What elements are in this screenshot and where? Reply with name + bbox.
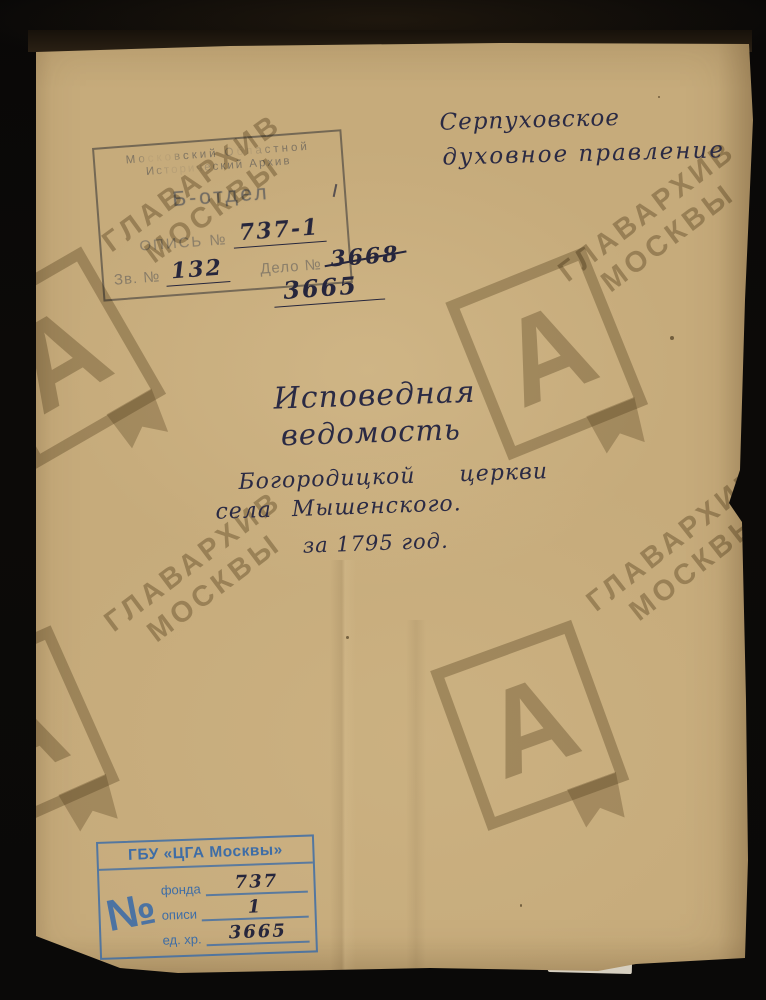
note-line2: духовное правление (442, 133, 725, 175)
word-gap (416, 481, 460, 483)
paper-crease (330, 560, 356, 990)
paper-speck (346, 636, 349, 639)
logo-letter-a: А (0, 660, 82, 807)
fond-label: фонда (161, 881, 201, 897)
glavarkhiv-logo-watermark: А (0, 625, 122, 844)
fond-value-handwritten: 737 (205, 872, 308, 897)
logo-ribbon-tail (567, 772, 632, 833)
logo-ribbon-tail (106, 388, 174, 454)
svyazka-value-handwritten: 132 (164, 254, 230, 287)
archive-stamp-tsga: ГБУ «ЦГА Москвы» № фонда 737 описи 1 ед.… (96, 834, 318, 960)
title-year: за 1795 год. (302, 525, 550, 558)
logo-frame: А (0, 625, 120, 841)
opis-label: описи (161, 907, 197, 923)
opis-value-handwritten: 737-1 (232, 214, 326, 249)
handwritten-title-block: Исповедная ведомость Богородицкойцеркви … (209, 372, 551, 561)
glavarkhiv-logo-watermark: А (430, 619, 632, 833)
logo-letter-a: А (467, 653, 592, 798)
document-cover: ГЛАВАРХИВ МОСКВЫ ГЛАВАРХИВ МОСКВЫ ГЛАВАР… (0, 0, 766, 1000)
watermark-line2: МОСКВЫ (595, 161, 763, 299)
edhr-label: ед. хр. (162, 931, 202, 947)
delo-old-value-struck: 3668 (326, 241, 405, 273)
logo-ribbon-tail (58, 774, 124, 837)
logo-letter-a: А (0, 283, 127, 433)
tsga-stamp-rows: фонда 737 описи 1 ед. хр. 3665 (160, 868, 309, 948)
watermark-line1: ГЛАВАРХИВ (581, 462, 766, 618)
title-village1: села (215, 498, 272, 525)
paper-speck (520, 904, 522, 907)
edhr-value-handwritten: 3665 (206, 922, 309, 947)
word-gap (272, 516, 292, 517)
title-village2: Мышенского. (291, 491, 462, 522)
glavarkhiv-watermark-text: ГЛАВАРХИВ МОСКВЫ (580, 461, 766, 646)
logo-frame: А (430, 620, 629, 831)
stamp-department: Б-отдел (97, 175, 344, 217)
svyazka-label: Зв. № (113, 268, 161, 288)
title-church2: церкви (459, 459, 548, 487)
watermark-line2: МОСКВЫ (623, 488, 766, 629)
scanned-document: ГЛАВАРХИВ МОСКВЫ ГЛАВАРХИВ МОСКВЫ ГЛАВАР… (0, 0, 766, 1000)
number-sign: № (102, 883, 160, 941)
archive-stamp-old: Московский Областной Исторический Архив … (92, 129, 353, 301)
edhr-row: ед. хр. 3665 (162, 922, 310, 948)
title-church: Богородицкой (238, 464, 416, 495)
tsga-stamp-body: № фонда 737 описи 1 ед. хр. 3665 (99, 863, 316, 957)
paper-speck (658, 96, 660, 98)
opis-row: описи 1 (161, 897, 309, 923)
title-line2: ведомость (280, 409, 547, 452)
paper-crease (406, 620, 426, 990)
handwritten-office-note: Серпуховское духовное правление (439, 98, 725, 175)
fond-row: фонда 737 (160, 872, 308, 898)
logo-ribbon-tail (586, 397, 651, 459)
opis-value-handwritten: 1 (201, 897, 308, 922)
opis-label: ОПИСЬ № (139, 231, 228, 255)
paper-speck (670, 336, 674, 340)
